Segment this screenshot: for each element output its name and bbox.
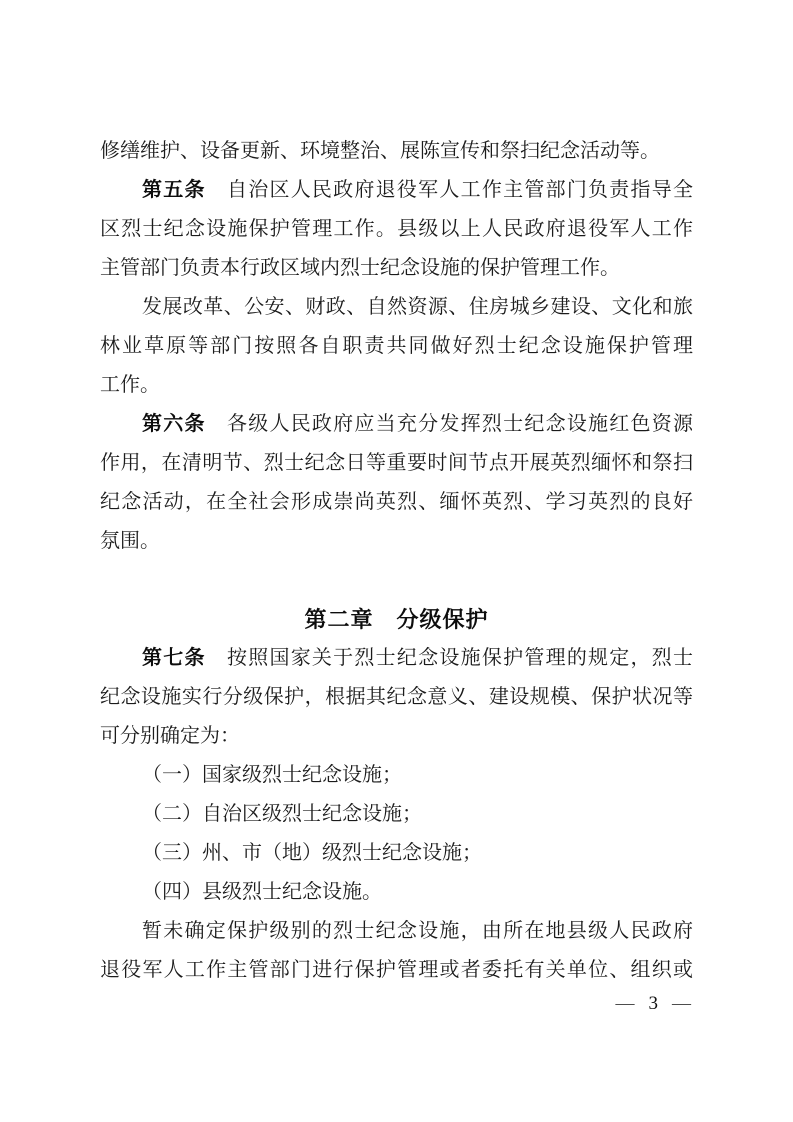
page-number: — 3 — [616,992,692,1016]
line-text: （三）州、市（地）级烈士纪念设施； [142,842,482,864]
line-text: 自治区人民政府退役军人工作主管部门负责指导全 [206,179,693,201]
list-item: （一）国家级烈士纪念设施； [100,756,693,795]
document-body: 修缮维护、设备更新、环境整治、展陈宣传和祭扫纪念活动等。 第五条 自治区人民政府… [100,132,693,990]
article-number: 第六条 [142,413,206,435]
article-number: 第七条 [142,647,206,669]
text-line: 氛围。 [100,522,693,561]
text-line: 退役军人工作主管部门进行保护管理或者委托有关单位、组织或 [100,951,693,990]
line-text: 主管部门负责本行政区域内烈士纪念设施的保护管理工作。 [100,257,620,279]
line-text: 区烈士纪念设施保护管理工作。县级以上人民政府退役军人工作 [100,218,693,240]
page-number-value: 3 [649,992,659,1016]
line-text: 纪念活动，在全社会形成崇尚英烈、缅怀英烈、学习英烈的良好 [100,491,693,513]
text-line: 作用，在清明节、烈士纪念日等重要时间节点开展英烈缅怀和祭扫 [100,444,693,483]
page-number-dash: — [672,992,691,1016]
page-number-dash: — [616,992,635,1016]
text-line: 主管部门负责本行政区域内烈士纪念设施的保护管理工作。 [100,249,693,288]
line-text: 作用，在清明节、烈士纪念日等重要时间节点开展英烈缅怀和祭扫 [100,452,693,474]
article-number: 第五条 [142,179,206,201]
line-text: 氛围。 [100,530,160,552]
text-line: 暂未确定保护级别的烈士纪念设施，由所在地县级人民政府 [100,912,693,951]
text-line: 发展改革、公安、财政、自然资源、住房城乡建设、文化和旅游、 [100,288,693,327]
list-item: （三）州、市（地）级烈士纪念设施； [100,834,693,873]
line-text: （二）自治区级烈士纪念设施； [142,803,422,825]
text-line: 工作。 [100,366,693,405]
text-line: 区烈士纪念设施保护管理工作。县级以上人民政府退役军人工作 [100,210,693,249]
list-item: （二）自治区级烈士纪念设施； [100,795,693,834]
line-text: 退役军人工作主管部门进行保护管理或者委托有关单位、组织或 [100,959,693,981]
line-text: 可分别确定为： [100,725,240,747]
text-line: 纪念设施实行分级保护，根据其纪念意义、建设规模、保护状况等 [100,678,693,717]
text-line: 第七条 按照国家关于烈士纪念设施保护管理的规定，烈士 [100,639,693,678]
blank-line [100,561,693,600]
line-text: 修缮维护、设备更新、环境整治、展陈宣传和祭扫纪念活动等。 [100,140,660,162]
text-line: 修缮维护、设备更新、环境整治、展陈宣传和祭扫纪念活动等。 [100,132,693,171]
line-text: 林业草原等部门按照各自职责共同做好烈士纪念设施保护管理 [100,335,693,357]
line-text: 按照国家关于烈士纪念设施保护管理的规定，烈士 [206,647,693,669]
text-line: 林业草原等部门按照各自职责共同做好烈士纪念设施保护管理 [100,327,693,366]
line-text: 各级人民政府应当充分发挥烈士纪念设施红色资源 [206,413,693,435]
line-text: 发展改革、公安、财政、自然资源、住房城乡建设、文化和旅游、 [100,296,693,327]
text-line: 可分别确定为： [100,717,693,756]
text-line: 第五条 自治区人民政府退役军人工作主管部门负责指导全 [100,171,693,210]
text-line: 第六条 各级人民政府应当充分发挥烈士纪念设施红色资源 [100,405,693,444]
line-text: 纪念设施实行分级保护，根据其纪念意义、建设规模、保护状况等 [100,686,693,708]
chapter-heading: 第二章 分级保护 [100,600,693,639]
line-text: 暂未确定保护级别的烈士纪念设施，由所在地县级人民政府 [142,920,693,942]
document-page: 修缮维护、设备更新、环境整治、展陈宣传和祭扫纪念活动等。 第五条 自治区人民政府… [0,0,793,1122]
line-text: （一）国家级烈士纪念设施； [142,764,402,786]
text-line: 纪念活动，在全社会形成崇尚英烈、缅怀英烈、学习英烈的良好 [100,483,693,522]
line-text: （四）县级烈士纪念设施。 [142,881,382,903]
line-text: 工作。 [100,374,160,396]
list-item: （四）县级烈士纪念设施。 [100,873,693,912]
